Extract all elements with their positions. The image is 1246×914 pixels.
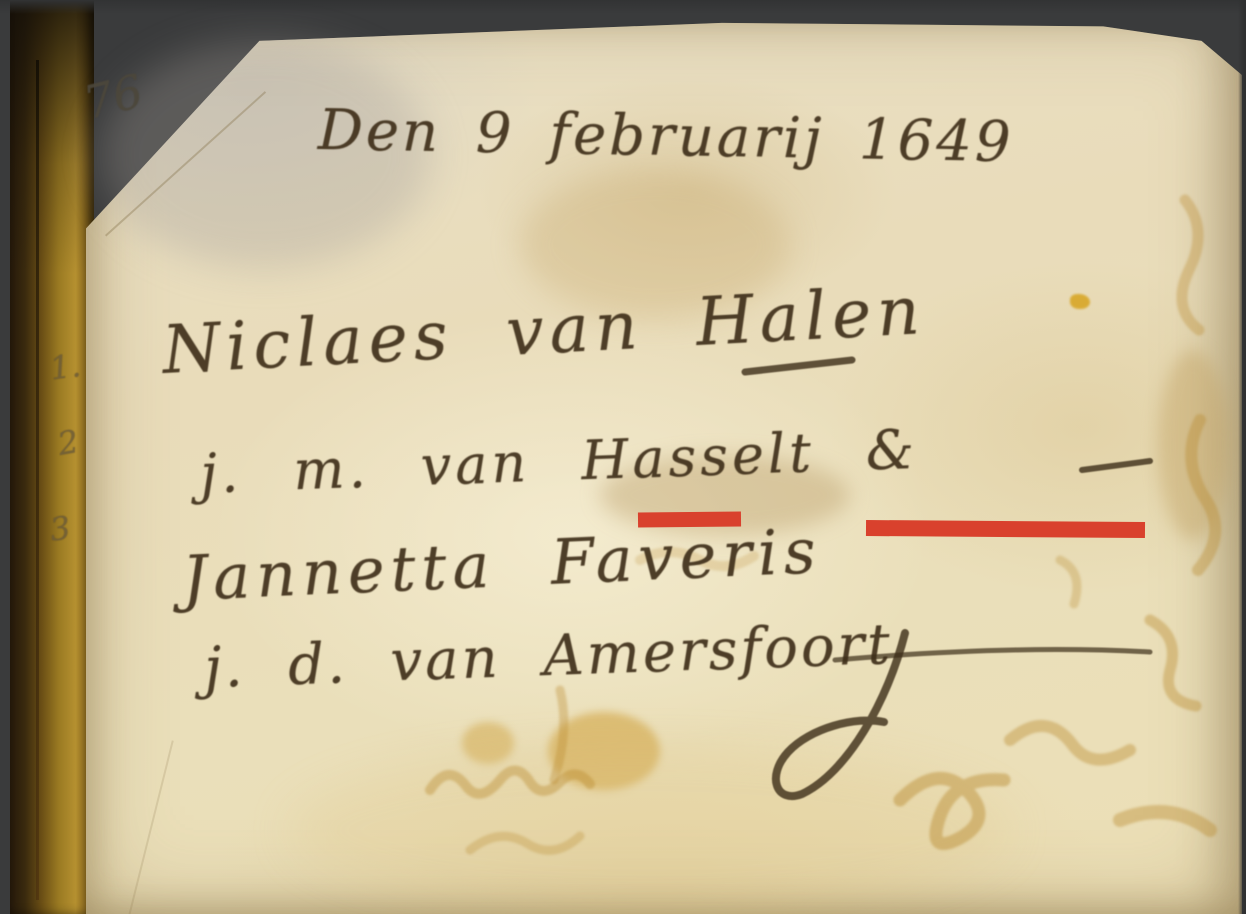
red-underline-2 (866, 520, 1145, 538)
manuscript-photo: 76 Den 9 februarij 1649 Niclaes van Hale… (0, 0, 1246, 914)
stain-yellow-fleck (1070, 294, 1090, 309)
entry-date-line: Den 9 februarij 1649 (317, 98, 1014, 175)
margin-number-1: 1. (48, 346, 84, 388)
red-underline-1 (638, 511, 741, 527)
book-binding-edge (10, 0, 94, 914)
backdrop-top-strip (0, 0, 1246, 14)
stain-bottom-wash (290, 750, 1010, 910)
backdrop-right-strip (1238, 0, 1246, 914)
stain-right-margin (1158, 350, 1228, 540)
